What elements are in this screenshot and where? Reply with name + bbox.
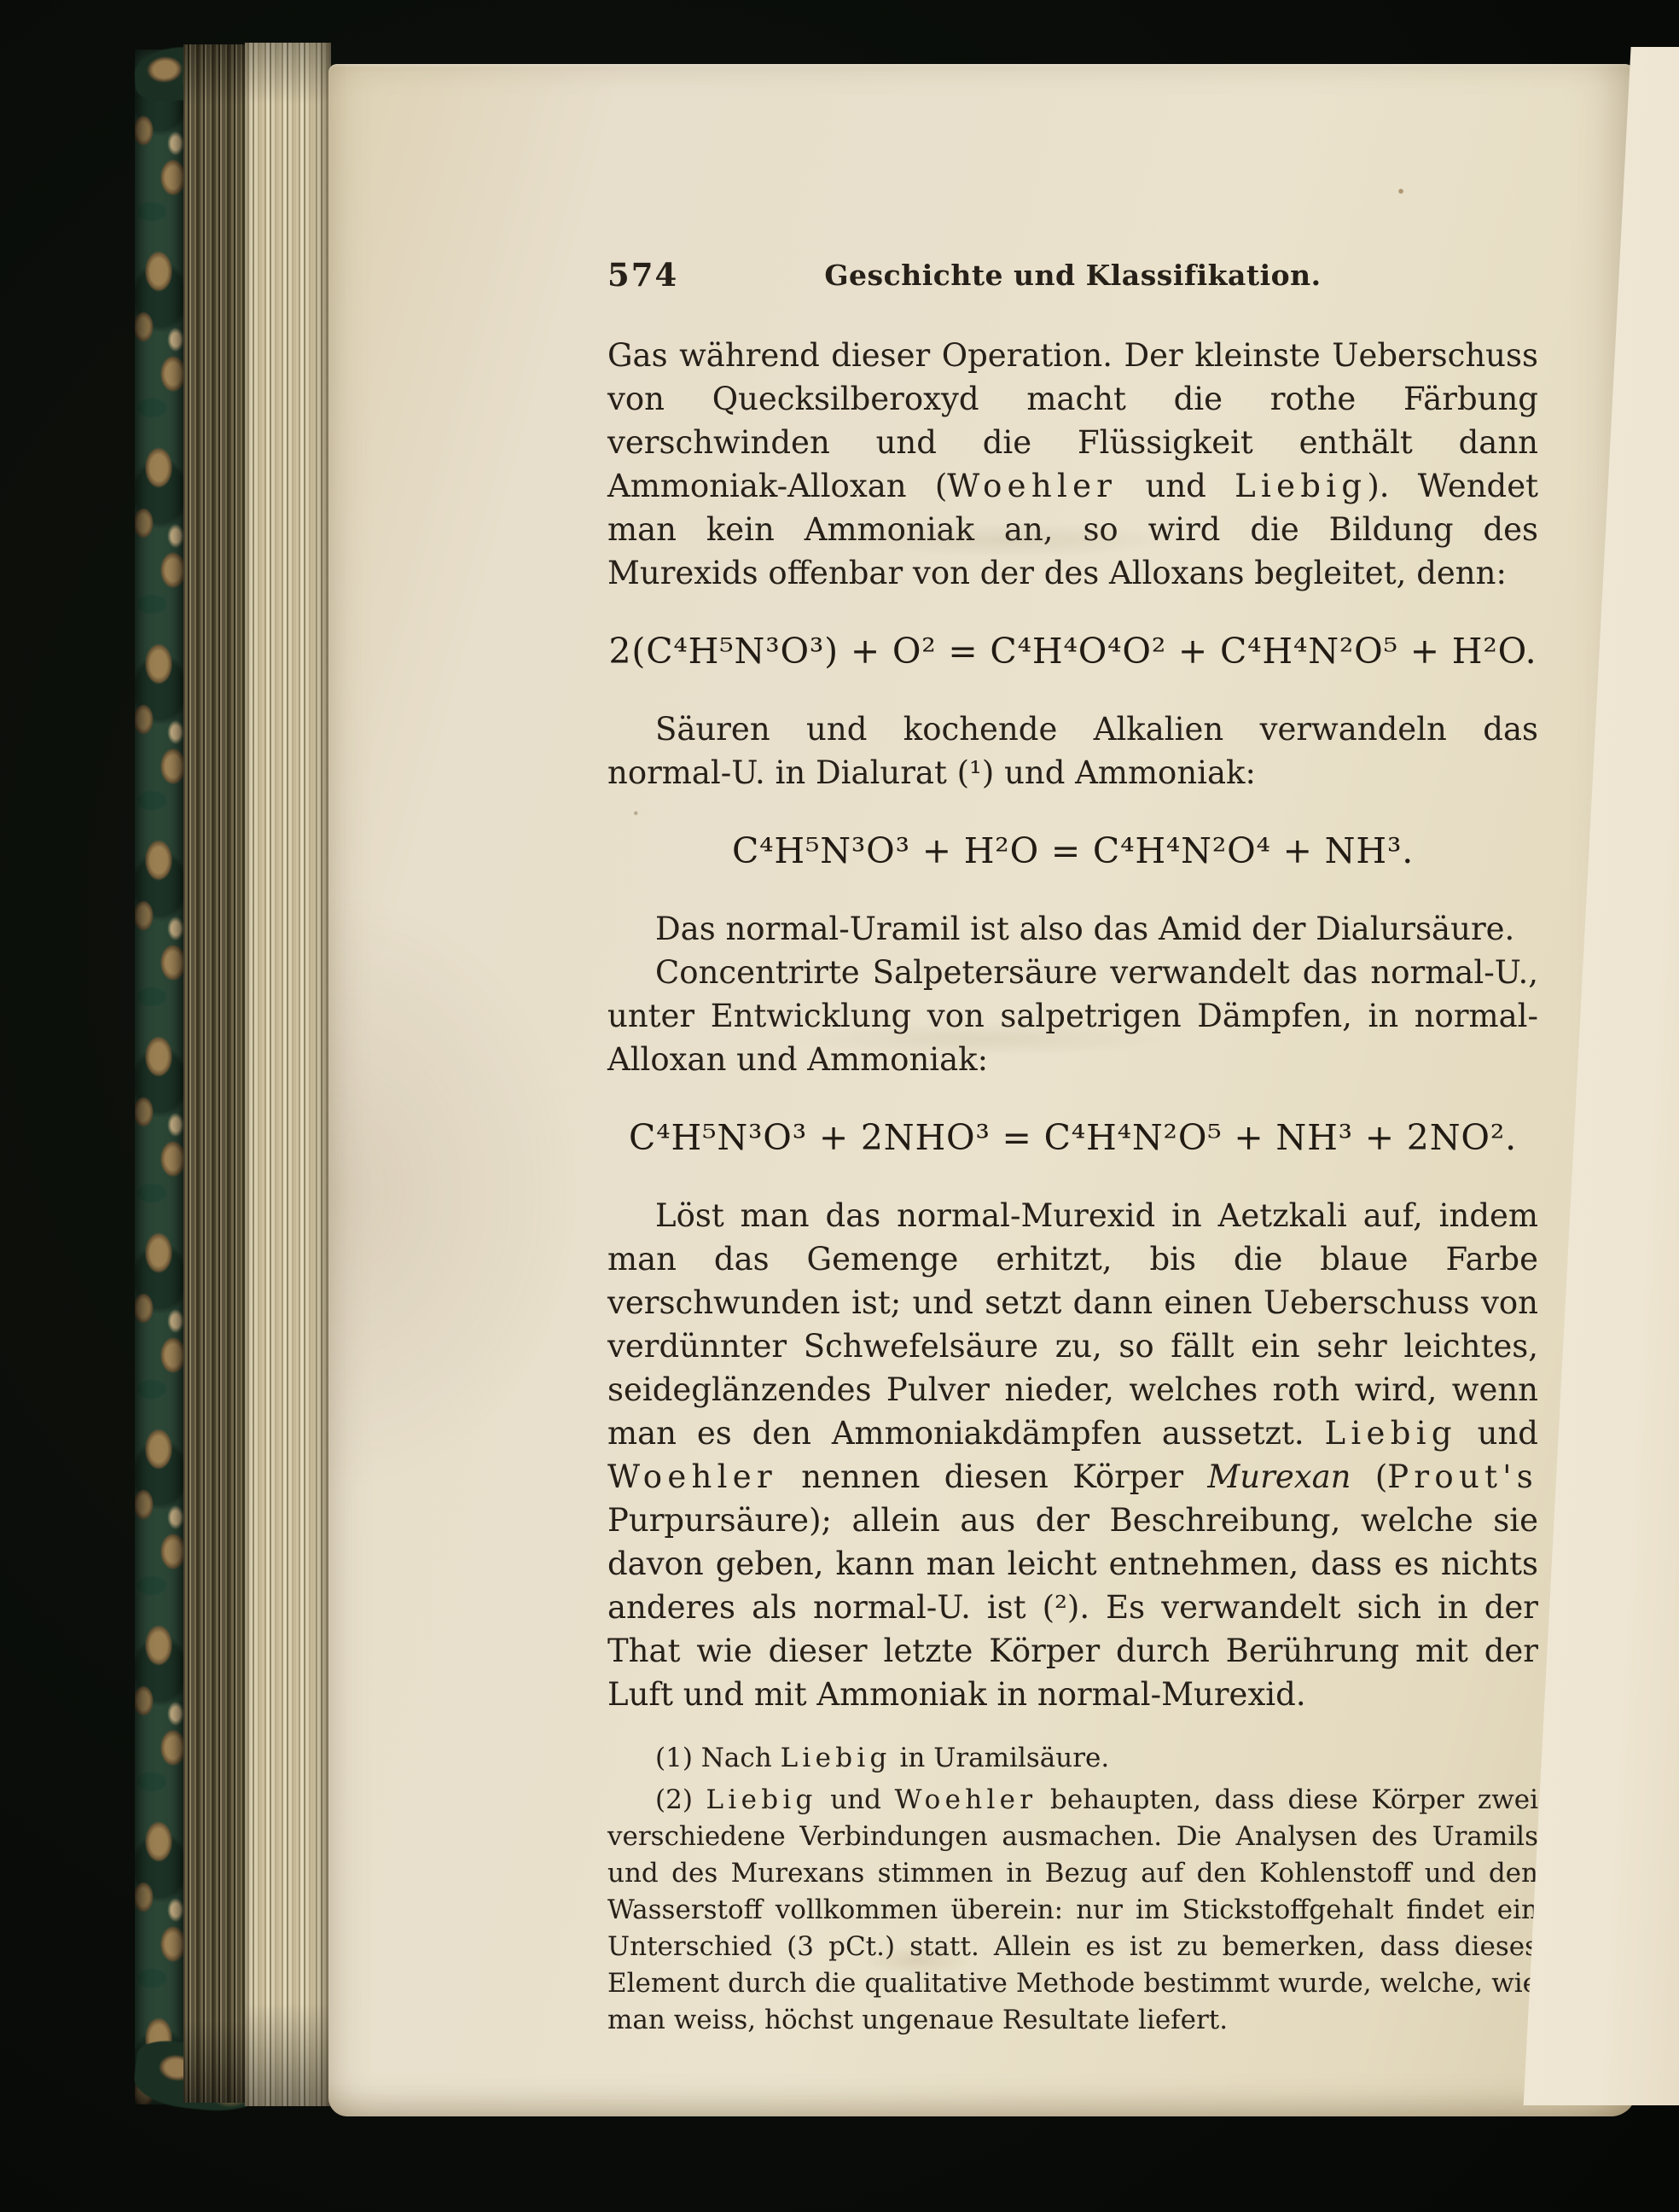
text-italic: Murexan xyxy=(1207,1458,1351,1495)
chemical-formula: C⁴H⁵N³O³ + 2NHO³ = C⁴H⁴N²O⁵ + NH³ + 2NO²… xyxy=(607,1114,1538,1161)
text-run: behaupten, dass diese Körper zwei versch… xyxy=(607,1784,1538,2035)
text-run: (1) Nach xyxy=(655,1743,781,1773)
text-spaced: Liebig xyxy=(781,1743,892,1773)
footnotes: (1) Nach Liebig in Uramilsäure.(2) Liebi… xyxy=(607,1740,1538,2039)
paragraph: Löst man das normal-Murexid in Aetzkali … xyxy=(607,1194,1538,1716)
text-run: in Uramilsäure. xyxy=(892,1743,1110,1773)
paragraph: Gas während dieser Operation. Der kleins… xyxy=(607,334,1538,595)
text-run: (2) xyxy=(655,1784,706,1815)
chemical-formula: 2(C⁴H⁵N³O³) + O² = C⁴H⁴O⁴O² + C⁴H⁴N²O⁵ +… xyxy=(607,627,1538,675)
page-body: Gas während dieser Operation. Der kleins… xyxy=(607,334,1538,1716)
page-edge-stack-dark xyxy=(183,44,245,2103)
footnote: (2) Liebig und Woehler behaupten, dass d… xyxy=(607,1782,1538,2039)
text-run: und xyxy=(1457,1415,1538,1452)
text-run: Purpursäure); allein aus der Beschreibun… xyxy=(607,1502,1538,1713)
page-edge-stack-light xyxy=(245,43,331,2106)
footnote: (1) Nach Liebig in Uramilsäure. xyxy=(607,1740,1538,1777)
text-spaced: Woehler xyxy=(947,468,1117,504)
text-spaced: Woehler xyxy=(607,1458,777,1495)
page-number: 574 xyxy=(607,256,678,294)
text-run: Säuren und kochende Alkalien verwandeln … xyxy=(607,711,1538,791)
paragraph: Das normal-Uramil ist also das Amid der … xyxy=(607,907,1538,951)
marbled-cover-edge xyxy=(135,49,185,2104)
page-header: 574 Geschichte und Klassifikation. xyxy=(607,256,1538,294)
text-spaced: Prout's xyxy=(1387,1458,1538,1495)
running-title: Geschichte und Klassifikation. xyxy=(824,259,1321,292)
text-spaced: Liebig xyxy=(1235,468,1367,504)
book-page: 574 Geschichte und Klassifikation. Gas w… xyxy=(328,64,1636,2116)
text-run: Das normal-Uramil ist also das Amid der … xyxy=(655,911,1514,947)
text-run: Concentrirte Salpetersäure verwandelt da… xyxy=(607,954,1538,1078)
text-run: Löst man das normal-Murexid in Aetzkali … xyxy=(607,1197,1538,1452)
paragraph: Säuren und kochende Alkalien verwandeln … xyxy=(607,707,1538,795)
text-run: ( xyxy=(1351,1458,1387,1495)
text-run: und xyxy=(817,1784,895,1815)
text-run: und xyxy=(1117,468,1235,504)
text-run: nennen diesen Körper xyxy=(777,1458,1207,1495)
chemical-formula: C⁴H⁵N³O³ + H²O = C⁴H⁴N²O⁴ + NH³. xyxy=(607,827,1538,875)
text-spaced: Liebig xyxy=(1325,1415,1457,1452)
text-spaced: Liebig xyxy=(706,1784,817,1815)
photo-background: 574 Geschichte und Klassifikation. Gas w… xyxy=(0,0,1679,2212)
paragraph: Concentrirte Salpetersäure verwandelt da… xyxy=(607,951,1538,1081)
text-spaced: Woehler xyxy=(895,1784,1037,1815)
